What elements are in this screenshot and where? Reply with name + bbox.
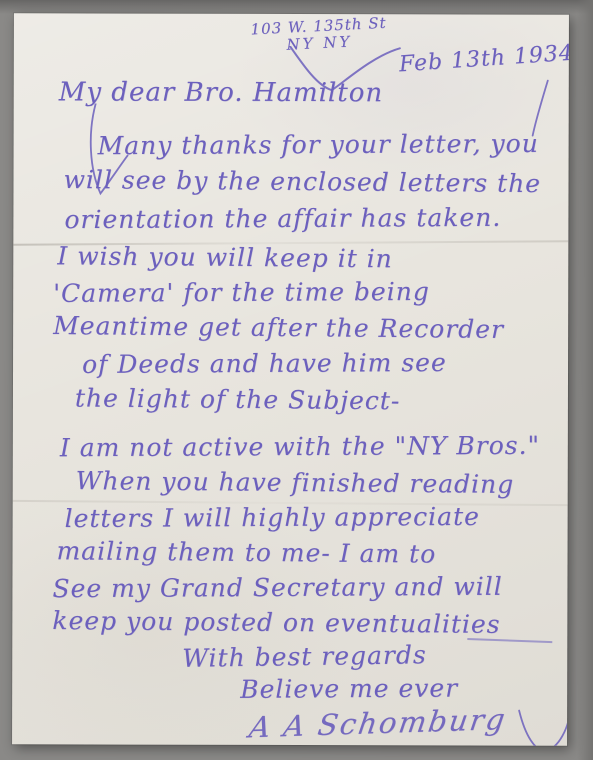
letter-body: Many thanks for your letter, youwill see… bbox=[12, 13, 569, 745]
body-line: I am not active with the "NY Bros." bbox=[60, 431, 540, 463]
body-line: Meantime get after the Recorder bbox=[53, 311, 504, 344]
body-line: keep you posted on eventualities bbox=[52, 606, 500, 639]
closing-believe-me: Believe me ever bbox=[240, 673, 458, 703]
body-line: of Deeds and have him see bbox=[82, 348, 447, 379]
body-line: When you have finished reading bbox=[76, 466, 515, 499]
closing-regards: With best regards bbox=[182, 640, 427, 673]
body-line: I wish you will keep it in bbox=[57, 241, 393, 273]
body-line: will see by the enclosed letters the bbox=[63, 165, 541, 198]
body-line: Many thanks for your letter, you bbox=[98, 129, 539, 160]
letter-scan: 103 W. 135th St NY NY Feb 13th 1934 My d… bbox=[0, 0, 593, 760]
body-line: the light of the Subject- bbox=[75, 383, 401, 415]
body-line: 'Camera' for the time being bbox=[53, 277, 430, 308]
letter-page: 103 W. 135th St NY NY Feb 13th 1934 My d… bbox=[12, 13, 569, 745]
body-line: letters I will highly appreciate bbox=[65, 502, 480, 533]
signature-tail-flourish bbox=[517, 707, 569, 746]
body-line: orientation the affair has taken. bbox=[64, 203, 501, 234]
body-line: mailing them to me- I am to bbox=[56, 536, 436, 568]
body-line: See my Grand Secretary and will bbox=[52, 572, 502, 603]
